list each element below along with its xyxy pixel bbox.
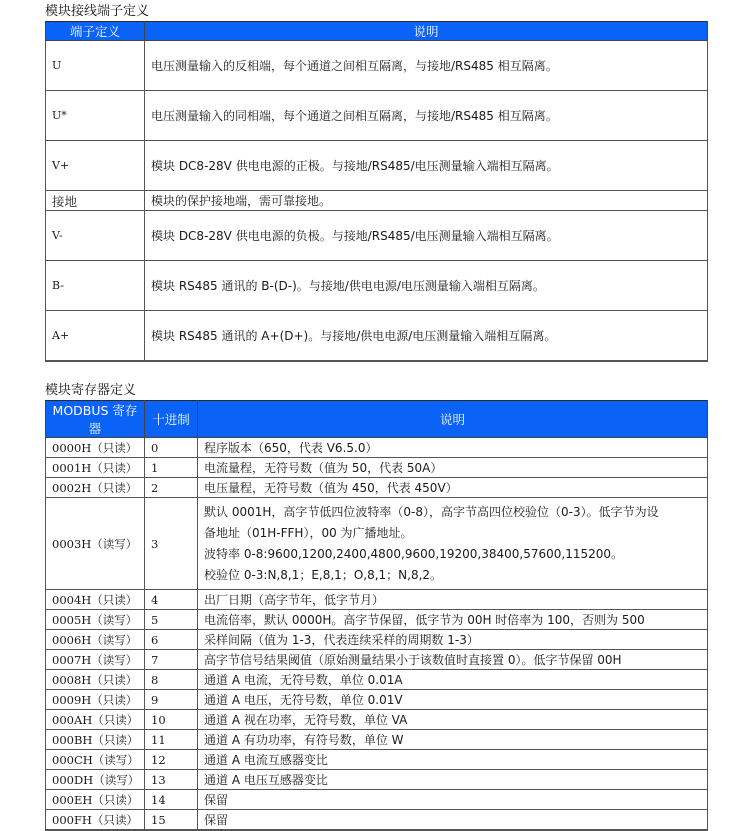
register-address: 000BH（只读） [46,730,145,750]
register-address: 0007H（读写） [46,650,145,670]
register-description: 保留 [198,790,708,810]
register-description: 通道 A 电压，无符号数，单位 0.01V [198,690,708,710]
table-row: B- 模块 RS485 通讯的 B-(D-)。与接地/供电电源/电压测量输入端相… [46,261,708,311]
register-definition-table: MODBUS 寄存器 十进制 说明 0000H（只读） 0 程序版本（650，代… [45,400,708,817]
terminal-description: 电压测量输入的反相端，每个通道之间相互隔离，与接地/RS485 相互隔离。 [145,41,708,91]
register-description: 采样间隔（值为 1-3，代表连续采样的周期数 1-3） [198,630,708,650]
register-decimal: 13 [145,770,198,790]
register-address: 0002H（只读） [46,478,145,498]
column-header-description: 说明 [198,401,708,438]
register-description: 通道 A 电流互感器变比 [198,750,708,770]
table-row: U* 电压测量输入的同相端，每个通道之间相互隔离，与接地/RS485 相互隔离。 [46,91,708,141]
description-line: 默认 0001H，高字节低四位波特率（0-8），高字节高四位校验位（0-3）。低… [204,502,701,523]
table-row: 0001H（只读） 1 电流量程，无符号数（值为 50，代表 50A） [46,458,708,478]
table-row: 0006H（读写） 6 采样间隔（值为 1-3，代表连续采样的周期数 1-3） [46,630,708,650]
table-row: 接地 模块的保护接地端，需可靠接地。 [46,191,708,211]
terminal-description: 模块 DC8-28V 供电电源的负极。与接地/RS485/电压测量输入端相互隔离… [145,211,708,261]
terminal-description: 电压测量输入的同相端，每个通道之间相互隔离，与接地/RS485 相互隔离。 [145,91,708,141]
terminal-description: 模块 RS485 通讯的 B-(D-)。与接地/供电电源/电压测量输入端相互隔离… [145,261,708,311]
table-row: 0002H（只读） 2 电压量程，无符号数（值为 450，代表 450V） [46,478,708,498]
table-row: V+ 模块 DC8-28V 供电电源的正极。与接地/RS485/电压测量输入端相… [46,141,708,191]
register-description: 通道 A 电流，无符号数，单位 0.01A [198,670,708,690]
register-decimal: 1 [145,458,198,478]
terminal-section-title: 模块接线端子定义 [45,4,149,20]
register-description: 默认 0001H，高字节低四位波特率（0-8），高字节高四位校验位（0-3）。低… [198,498,708,590]
register-decimal: 11 [145,730,198,750]
register-description: 通道 A 视在功率，无符号数，单位 VA [198,710,708,730]
table-row: 000DH（读写） 13 通道 A 电压互感器变比 [46,770,708,790]
register-decimal: 10 [145,710,198,730]
column-header-decimal: 十进制 [145,401,198,438]
register-decimal: 6 [145,630,198,650]
terminal-name: V+ [46,141,145,191]
register-decimal: 14 [145,790,198,810]
register-description: 程序版本（650，代表 V6.5.0） [198,438,708,458]
register-description: 通道 A 电压互感器变比 [198,770,708,790]
description-line: 校验位 0-3:N,8,1；E,8,1；O,8,1；N,8,2。 [204,565,701,586]
column-header-description: 说明 [145,22,708,41]
table-row: 000FH（只读） 15 保留 [46,810,708,818]
register-decimal: 15 [145,810,198,818]
register-address: 0004H（只读） [46,590,145,610]
table-row: 0008H（只读） 8 通道 A 电流，无符号数，单位 0.01A [46,670,708,690]
table-row: 000AH（只读） 10 通道 A 视在功率，无符号数，单位 VA [46,710,708,730]
table-row: A+ 模块 RS485 通讯的 A+(D+)。与接地/供电电源/电压测量输入端相… [46,311,708,362]
terminal-description: 模块的保护接地端，需可靠接地。 [145,191,708,211]
register-address: 000DH（读写） [46,770,145,790]
register-decimal: 9 [145,690,198,710]
register-section-title: 模块寄存器定义 [45,383,136,399]
register-address: 0000H（只读） [46,438,145,458]
register-address: 000FH（只读） [46,810,145,818]
register-decimal: 7 [145,650,198,670]
register-address: 0009H（只读） [46,690,145,710]
table-header-row: 端子定义 说明 [46,22,708,41]
table-row: 000EH（只读） 14 保留 [46,790,708,810]
register-address: 000AH（只读） [46,710,145,730]
terminal-name: V- [46,211,145,261]
description-line: 波特率 0-8:9600,1200,2400,4800,9600,19200,3… [204,544,701,565]
register-address: 0005H（读写） [46,610,145,630]
terminal-name: U [46,41,145,91]
terminal-name: U* [46,91,145,141]
table-header-row: MODBUS 寄存器 十进制 说明 [46,401,708,438]
column-header-register: MODBUS 寄存器 [46,401,145,438]
column-header-terminal: 端子定义 [46,22,145,41]
register-description: 电流量程，无符号数（值为 50，代表 50A） [198,458,708,478]
table-row: 0003H（读写） 3 默认 0001H，高字节低四位波特率（0-8），高字节高… [46,498,708,590]
terminal-definition-table: 端子定义 说明 U 电压测量输入的反相端，每个通道之间相互隔离，与接地/RS48… [45,21,708,362]
register-decimal: 12 [145,750,198,770]
terminal-description: 模块 RS485 通讯的 A+(D+)。与接地/供电电源/电压测量输入端相互隔离… [145,311,708,362]
register-decimal: 5 [145,610,198,630]
terminal-description: 模块 DC8-28V 供电电源的正极。与接地/RS485/电压测量输入端相互隔离… [145,141,708,191]
register-decimal: 0 [145,438,198,458]
register-address: 0003H（读写） [46,498,145,590]
register-description: 电压量程，无符号数（值为 450，代表 450V） [198,478,708,498]
register-decimal: 8 [145,670,198,690]
terminal-name: 接地 [46,191,145,211]
register-decimal: 4 [145,590,198,610]
table-row: 0005H（读写） 5 电流倍率，默认 0000H。高字节保留，低字节为 00H… [46,610,708,630]
table-row: U 电压测量输入的反相端，每个通道之间相互隔离，与接地/RS485 相互隔离。 [46,41,708,91]
table-row: 0000H（只读） 0 程序版本（650，代表 V6.5.0） [46,438,708,458]
terminal-name: A+ [46,311,145,362]
register-description: 电流倍率，默认 0000H。高字节保留，低字节为 00H 时倍率为 100，否则… [198,610,708,630]
register-decimal: 2 [145,478,198,498]
table-row: 000CH（读写） 12 通道 A 电流互感器变比 [46,750,708,770]
register-address: 0001H（只读） [46,458,145,478]
register-address: 0008H（只读） [46,670,145,690]
table-row: V- 模块 DC8-28V 供电电源的负极。与接地/RS485/电压测量输入端相… [46,211,708,261]
register-description: 保留 [198,810,708,818]
table-row: 000BH（只读） 11 通道 A 有功功率，有符号数，单位 W [46,730,708,750]
register-address: 000CH（读写） [46,750,145,770]
terminal-name: B- [46,261,145,311]
table-row: 0009H（只读） 9 通道 A 电压，无符号数，单位 0.01V [46,690,708,710]
table-row: 0004H（只读） 4 出厂日期（高字节年，低字节月） [46,590,708,610]
table-row: 0007H（读写） 7 高字节信号结果阈值（原始测量结果小于该数值时直接置 0）… [46,650,708,670]
description-line: 备地址（01H-FFH），00 为广播地址。 [204,523,701,544]
register-decimal: 3 [145,498,198,590]
register-address: 0006H（读写） [46,630,145,650]
register-description: 高字节信号结果阈值（原始测量结果小于该数值时直接置 0）。低字节保留 00H [198,650,708,670]
register-description: 通道 A 有功功率，有符号数，单位 W [198,730,708,750]
register-description: 出厂日期（高字节年，低字节月） [198,590,708,610]
register-address: 000EH（只读） [46,790,145,810]
